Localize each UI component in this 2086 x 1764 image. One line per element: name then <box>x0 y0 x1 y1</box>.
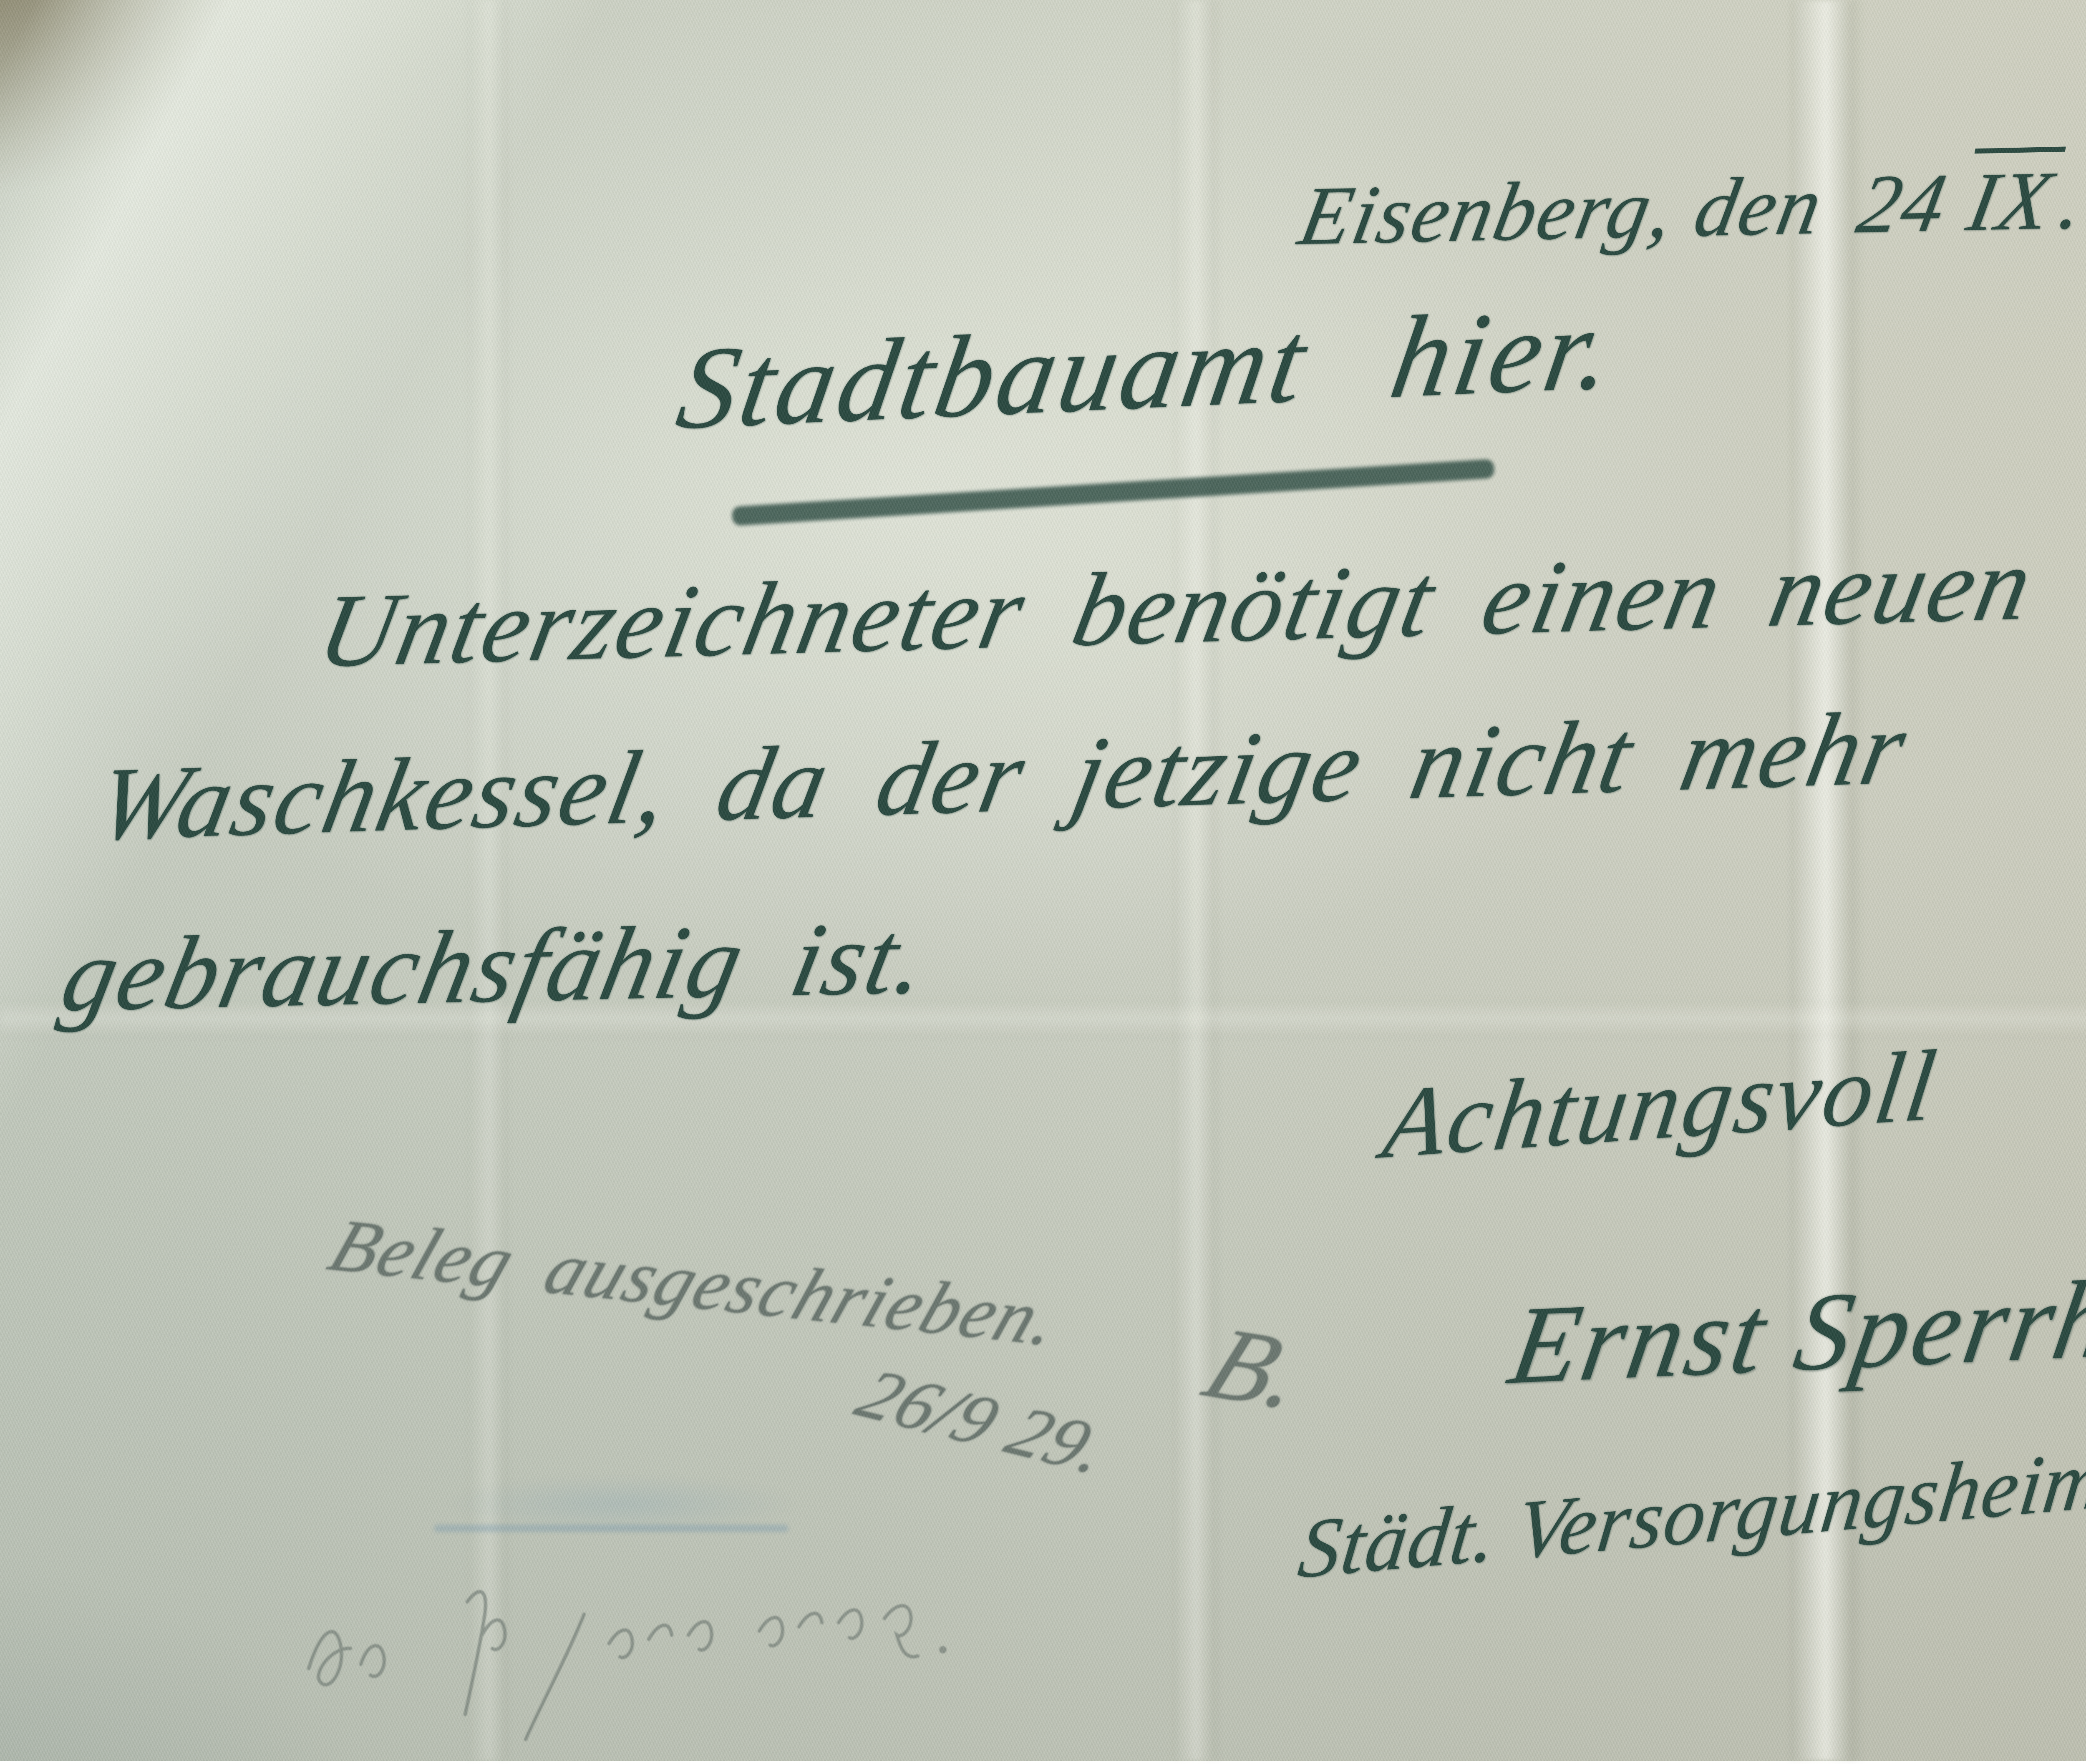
paper-texture-overlay <box>0 0 2086 1761</box>
scanned-letter-photo: Eisenberg, den24IX. 29. Stadtbauamt hier… <box>0 0 2086 1761</box>
